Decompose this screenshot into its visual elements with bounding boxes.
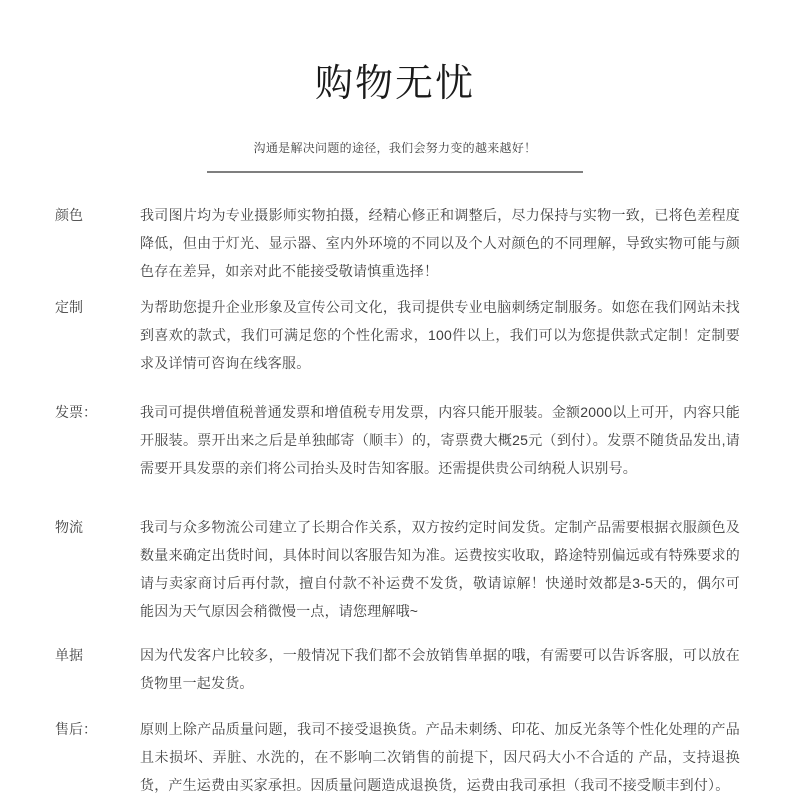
section-color: 颜色 我司图片均为专业摄影师实物拍摄，经精心修正和调整后，尽力保持与实物一致，已… [55, 201, 790, 285]
section-invoice: 发票： 我司可提供增值税普通发票和增值税专用发票，内容只能开服装。金额2000以… [55, 398, 790, 482]
section-label: 颜色 [55, 201, 140, 229]
policy-sections: 颜色 我司图片均为专业摄影师实物拍摄，经精心修正和调整后，尽力保持与实物一致，已… [0, 201, 790, 799]
page-subtitle: 沟通是解决问题的途径，我们会努力变的越来越好！ [0, 139, 790, 156]
divider-line [207, 171, 583, 173]
section-receipts: 单据 因为代发客户比较多，一般情况下我们都不会放销售单据的哦，有需要可以告诉客服… [55, 641, 790, 697]
section-text: 因为代发客户比较多，一般情况下我们都不会放销售单据的哦，有需要可以告诉客服，可以… [140, 641, 740, 697]
page-title: 购物无忧 [0, 52, 790, 107]
section-label: 定制 [55, 293, 140, 321]
shopping-assurance-page: 购物无忧 沟通是解决问题的途径，我们会努力变的越来越好！ 颜色 我司图片均为专业… [0, 0, 790, 811]
section-text: 我司图片均为专业摄影师实物拍摄，经精心修正和调整后，尽力保持与实物一致，已将色差… [140, 201, 740, 285]
section-logistics: 物流 我司与众多物流公司建立了长期合作关系，双方按约定时间发货。定制产品需要根据… [55, 513, 790, 625]
section-text: 为帮助您提升企业形象及宣传公司文化，我司提供专业电脑刺绣定制服务。如您在我们网站… [140, 293, 740, 377]
section-customization: 定制 为帮助您提升企业形象及宣传公司文化，我司提供专业电脑刺绣定制服务。如您在我… [55, 293, 790, 377]
section-text: 我司可提供增值税普通发票和增值税专用发票，内容只能开服装。金额2000以上可开，… [140, 398, 740, 482]
section-label: 售后： [55, 715, 140, 743]
section-label: 发票： [55, 398, 140, 426]
section-label: 物流 [55, 513, 140, 541]
section-after-sales: 售后： 原则上除产品质量问题，我司不接受退换货。产品未刺绣、印花、加反光条等个性… [55, 715, 790, 799]
section-text: 原则上除产品质量问题，我司不接受退换货。产品未刺绣、印花、加反光条等个性化处理的… [140, 715, 740, 799]
section-text: 我司与众多物流公司建立了长期合作关系，双方按约定时间发货。定制产品需要根据衣服颜… [140, 513, 740, 625]
section-label: 单据 [55, 641, 140, 669]
